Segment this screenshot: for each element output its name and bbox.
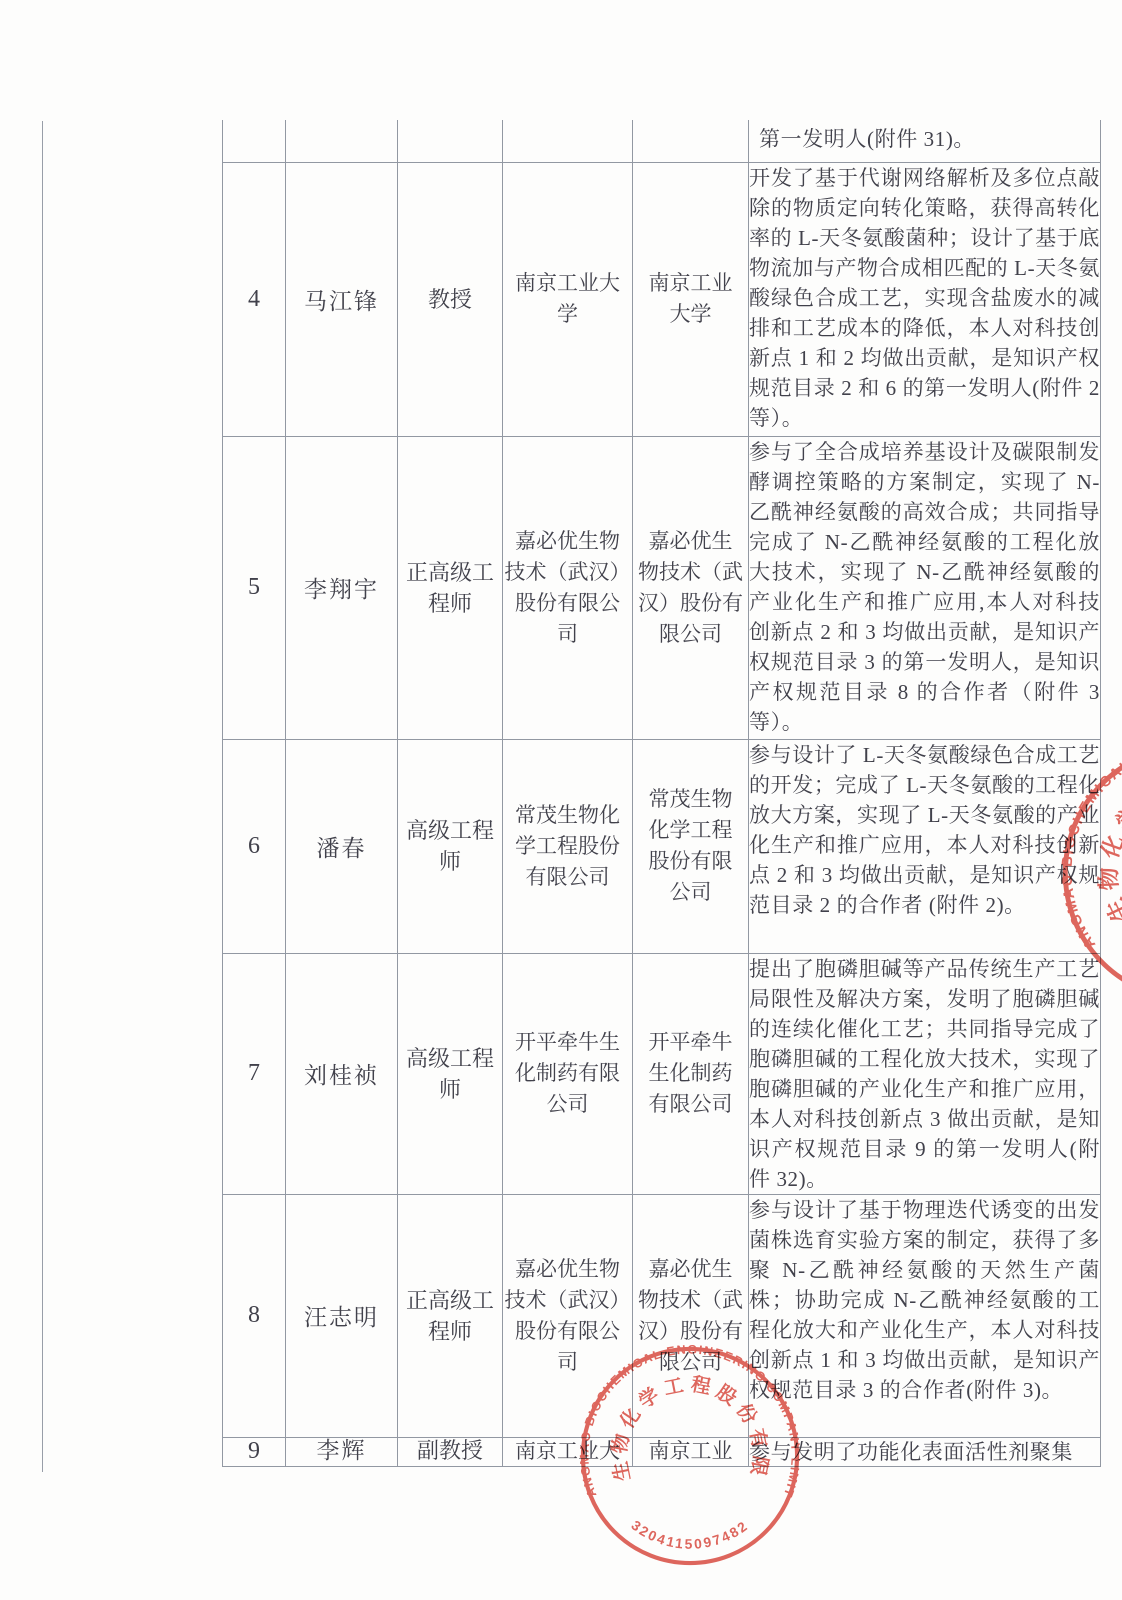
scanned-document-page: 第一发明人(附件 31)。 4 马江锋 教授 南京工业大 学 南京工业 大学 开… [0,0,1122,1600]
table-row-clipped: 9 李辉 副教授 南京工业大 南京工业 参与发明了功能化表面活性剂聚集 [223,1437,1101,1466]
cell-index: 7 [223,953,286,1194]
cell-work-unit: 开平牵牛生 化制药有限 公司 [503,953,633,1194]
seal-number-text: 3204115097482 [628,1517,751,1552]
contribution-tail-text: 第一发明人(附件 31)。 [749,120,1100,154]
cell-contribution: 第一发明人(附件 31)。 [749,120,1101,162]
table-row: 6 潘春 高级工程 师 常茂生物化 学工程股份 有限公司 常茂生物 化学工程 股… [223,739,1101,953]
contributors-table: 第一发明人(附件 31)。 4 马江锋 教授 南京工业大 学 南京工业 大学 开… [222,120,1101,1467]
cell-contribution: 参与设计了 L-天冬氨酸绿色合成工艺的开发；完成了 L-天冬氨酸的工程化放大方案… [749,739,1101,953]
cell-name: 马江锋 [286,162,398,436]
table-row: 5 李翔宇 正高级工 程师 嘉必优生物 技术（武汉） 股份有限公 司 嘉必优生 … [223,436,1101,739]
cell-contribution: 参与发明了功能化表面活性剂聚集 [749,1437,1101,1466]
cell-index: 8 [223,1194,286,1437]
cell-contribution: 开发了基于代谢网络解析及多位点敲除的物质定向转化策略，获得高转化率的 L-天冬氨… [749,162,1101,436]
cell-title: 高级工程 师 [398,953,503,1194]
cell-title [398,120,503,162]
cell-completion-unit: 南京工业 大学 [633,162,749,436]
cell-title: 正高级工 程师 [398,1194,503,1437]
cell-index: 5 [223,436,286,739]
cell-name: 刘桂祯 [286,953,398,1194]
cell-contribution: 参与设计了基于物理迭代诱变的出发菌株选育实验方案的制定，获得了多聚 N-乙酰神经… [749,1194,1101,1437]
cell-completion-unit: 南京工业 [633,1437,749,1466]
cell-name: 李辉 [286,1437,398,1466]
outer-table-left-border [42,121,43,1472]
table-row-carryover: 第一发明人(附件 31)。 [223,120,1101,162]
table-row: 7 刘桂祯 高级工程 师 开平牵牛生 化制药有限 公司 开平牵牛 生化制药 有限… [223,953,1101,1194]
cell-contribution: 提出了胞磷胆碱等产品传统生产工艺局限性及解决方案，发明了胞磷胆碱的连续化催化工艺… [749,953,1101,1194]
cell-title: 正高级工 程师 [398,436,503,739]
cell-work-unit: 嘉必优生物 技术（武汉） 股份有限公 司 [503,1194,633,1437]
cell-name: 潘春 [286,739,398,953]
cell-completion-unit: 常茂生物 化学工程 股份有限 公司 [633,739,749,953]
cell-name: 汪志明 [286,1194,398,1437]
cell-work-unit: 常茂生物化 学工程股份 有限公司 [503,739,633,953]
cell-contribution: 参与了全合成培养基设计及碳限制发酵调控策略的方案制定，实现了 N-乙酰神经氨酸的… [749,436,1101,739]
cell-work-unit: 南京工业大 学 [503,162,633,436]
cell-completion-unit [633,120,749,162]
cell-index: 4 [223,162,286,436]
cell-index: 6 [223,739,286,953]
cell-completion-unit: 开平牵牛 生化制药 有限公司 [633,953,749,1194]
cell-completion-unit: 嘉必优生 物技术（武 汉）股份有 限公司 [633,436,749,739]
cell-index: 9 [223,1437,286,1466]
table-row: 8 汪志明 正高级工 程师 嘉必优生物 技术（武汉） 股份有限公 司 嘉必优生 … [223,1194,1101,1437]
cell-index [223,120,286,162]
cell-title: 副教授 [398,1437,503,1466]
cell-work-unit [503,120,633,162]
cell-completion-unit: 嘉必优生 物技术（武 汉）股份有 限公司 [633,1194,749,1437]
table-row: 4 马江锋 教授 南京工业大 学 南京工业 大学 开发了基于代谢网络解析及多位点… [223,162,1101,436]
cell-name: 李翔宇 [286,436,398,739]
cell-name [286,120,398,162]
cell-title: 教授 [398,162,503,436]
cell-work-unit: 南京工业大 [503,1437,633,1466]
cell-title: 高级工程 师 [398,739,503,953]
svg-text:3204115097482: 3204115097482 [628,1517,751,1552]
cell-work-unit: 嘉必优生物 技术（武汉） 股份有限公 司 [503,436,633,739]
